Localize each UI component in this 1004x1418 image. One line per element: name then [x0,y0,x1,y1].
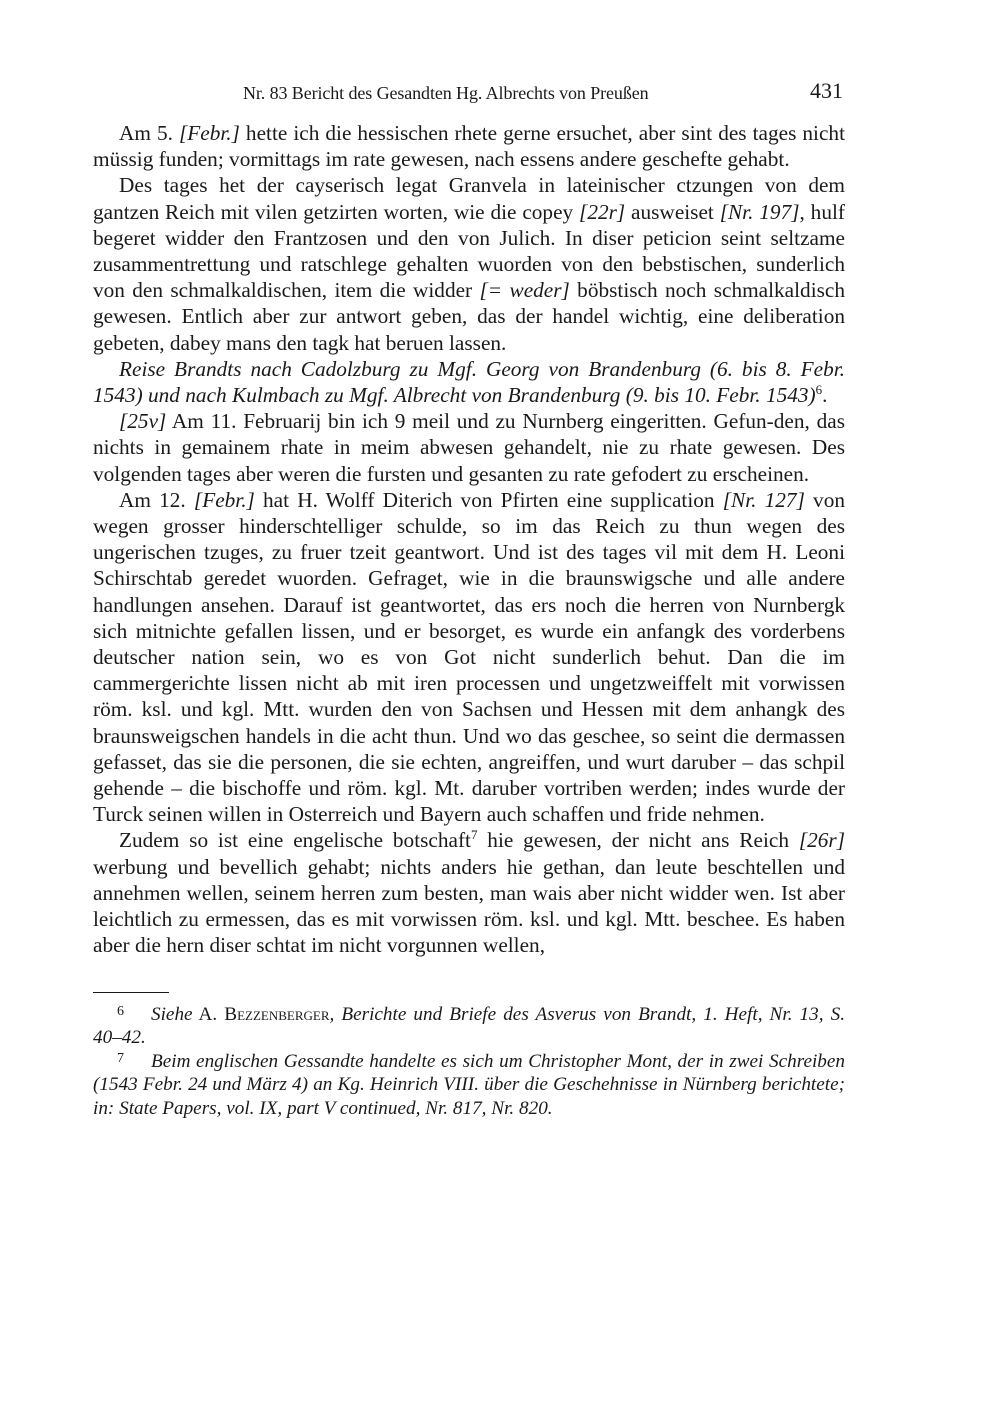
author-name: Bezzenberger [224,1004,329,1025]
footnote-7: 7Beim englischen Gessandte handelte es s… [93,1050,845,1121]
paragraph-granvela: Des tages het der cayserisch legat Granv… [93,172,845,355]
paragraph-feb-11: [25v] Am 11. Februarij bin ich 9 meil un… [93,408,845,487]
text-run: von wegen grosser hinderschtelliger schu… [93,488,845,826]
folio-marker: [22r] [579,200,625,224]
paragraph-english-embassy: Zudem so ist eine engelische botschaft7 … [93,827,845,958]
text-run: hat H. Wolff Diterich von Pfirten eine s… [255,488,723,512]
footnote-divider [93,992,169,993]
text-run: Siehe [151,1004,193,1025]
text-run: Zudem so ist eine engelische botschaft [119,828,471,852]
running-title: Nr. 83 Bericht des Gesandten Hg. Albrech… [243,78,649,108]
paragraph-feb-5: Am 5. [Febr.] hette ich die hessischen r… [93,120,845,172]
editorial-date: [Febr.] [194,488,255,512]
text-run: werbung und bevellich gehabt; nichts and… [93,855,845,958]
footnotes: 6Siehe A. Bezzenberger, Berichte und Bri… [93,1003,845,1121]
text-run: Am 5. [119,121,179,145]
text-run: hie gewesen, der nicht ans Reich [477,828,798,852]
editorial-date: [Febr.] [179,121,240,145]
paragraph-feb-12: Am 12. [Febr.] hat H. Wolff Diterich von… [93,487,845,828]
text-run: A. [193,1004,225,1025]
folio-marker: [26r] [799,828,845,852]
folio-marker: [25v] [119,409,166,433]
text-run: Am 12. [119,488,194,512]
editorial-gloss: [= weder] [479,278,569,302]
running-head: Nr. 83 Bericht des Gesandten Hg. Albrech… [93,78,845,108]
text-run: . [822,383,827,407]
editorial-summary: Reise Brandts nach Cadolzburg zu Mgf. Ge… [93,357,845,407]
text-run: Am 11. Februarij bin ich 9 meil und zu N… [93,409,845,485]
document-page: Nr. 83 Bericht des Gesandten Hg. Albrech… [93,78,845,1120]
footnote-text: Beim englischen Gessandte handelte es si… [93,1051,845,1119]
page-number: 431 [810,76,843,106]
footnote-6: 6Siehe A. Bezzenberger, Berichte und Bri… [93,1003,845,1050]
paragraph-travel-summary: Reise Brandts nach Cadolzburg zu Mgf. Ge… [93,356,845,408]
text-run: ausweiset [625,200,719,224]
body-text: Am 5. [Febr.] hette ich die hessischen r… [93,120,845,959]
document-reference: [Nr. 127] [723,488,805,512]
document-reference: [Nr. 197] [720,200,800,224]
